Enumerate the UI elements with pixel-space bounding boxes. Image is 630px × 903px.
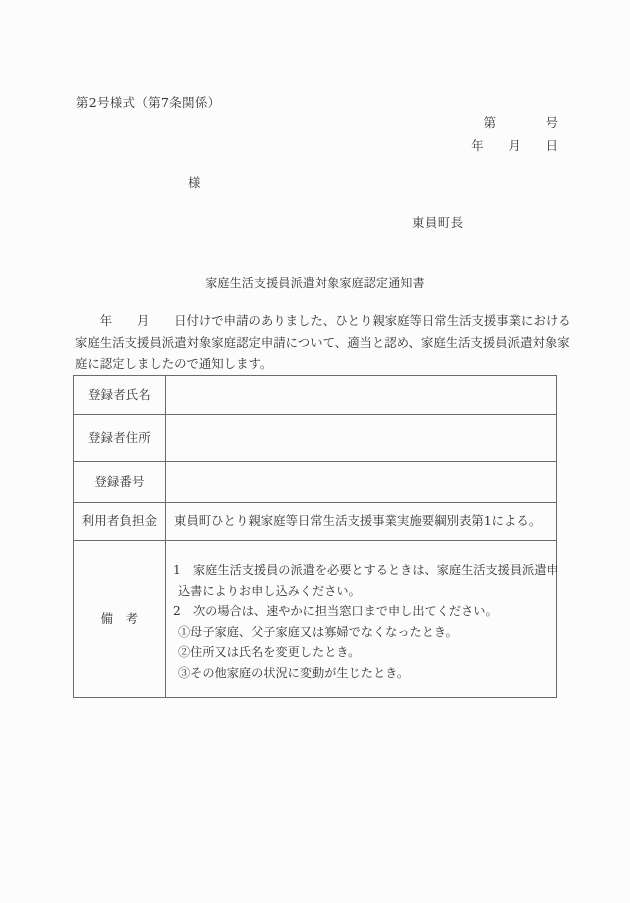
remarks-line: 1 家庭生活支援員の派遣を必要とするときは、家庭生活支援員派遣申	[173, 560, 559, 581]
remarks-line: ①母子家庭、父子家庭又は寡婦でなくなったとき。	[173, 622, 559, 643]
certification-table: 登録者氏名 登録者住所 登録番号 利用者負担金 東員町ひとり親家庭等日常生活支援…	[73, 375, 557, 698]
body-line: 庭に認定しましたので通知します。	[75, 353, 561, 375]
row-value-empty	[166, 462, 556, 502]
document-number-blank: 第 号	[484, 117, 558, 129]
table-row-registrant-name: 登録者氏名	[74, 376, 556, 415]
row-value-empty	[166, 415, 556, 461]
table-row-user-fee: 利用者負担金 東員町ひとり親家庭等日常生活支援事業実施要綱別表第1による。	[74, 503, 556, 541]
remarks-line: ②住所又は氏名を変更したとき。	[173, 642, 559, 663]
body-paragraph: 年 月 日付けで申請のありました、ひとり親家庭等日常生活支援事業における 家庭生…	[75, 310, 561, 375]
table-row-registrant-address: 登録者住所	[74, 415, 556, 462]
row-label: 登録番号	[74, 462, 166, 502]
body-line: 年 月 日付けで申請のありました、ひとり親家庭等日常生活支援事業における	[75, 310, 561, 332]
row-value-empty	[166, 376, 556, 414]
body-line: 家庭生活支援員派遣対象家庭認定申請について、適当と認め、家庭生活支援員派遣対象家	[75, 332, 561, 354]
addressee-suffix: 様	[188, 177, 200, 189]
remarks-line: 込書によりお申し込みください。	[173, 581, 559, 602]
document-title: 家庭生活支援員派遣対象家庭認定通知書	[0, 277, 630, 289]
remarks-line: ③その他家庭の状況に変動が生じたとき。	[173, 663, 559, 684]
sender-name: 東員町長	[412, 217, 464, 229]
row-label: 登録者氏名	[74, 376, 166, 414]
form-number: 第2号様式（第7条関係）	[76, 97, 220, 109]
row-label: 備 考	[74, 541, 166, 697]
date-blank: 年 月 日	[471, 140, 558, 152]
row-value: 東員町ひとり親家庭等日常生活支援事業実施要綱別表第1による。	[166, 503, 556, 540]
remarks-content: 1 家庭生活支援員の派遣を必要とするときは、家庭生活支援員派遣申 込書によりお申…	[166, 541, 559, 697]
remarks-line: 2 次の場合は、速やかに担当窓口まで申し出てください。	[173, 601, 559, 622]
row-label: 登録者住所	[74, 415, 166, 461]
table-row-remarks: 備 考 1 家庭生活支援員の派遣を必要とするときは、家庭生活支援員派遣申 込書に…	[74, 541, 556, 697]
table-row-registration-number: 登録番号	[74, 462, 556, 503]
document-page: 第2号様式（第7条関係） 第 号 年 月 日 様 東員町長 家庭生活支援員派遣対…	[0, 0, 630, 903]
row-label: 利用者負担金	[74, 503, 166, 540]
